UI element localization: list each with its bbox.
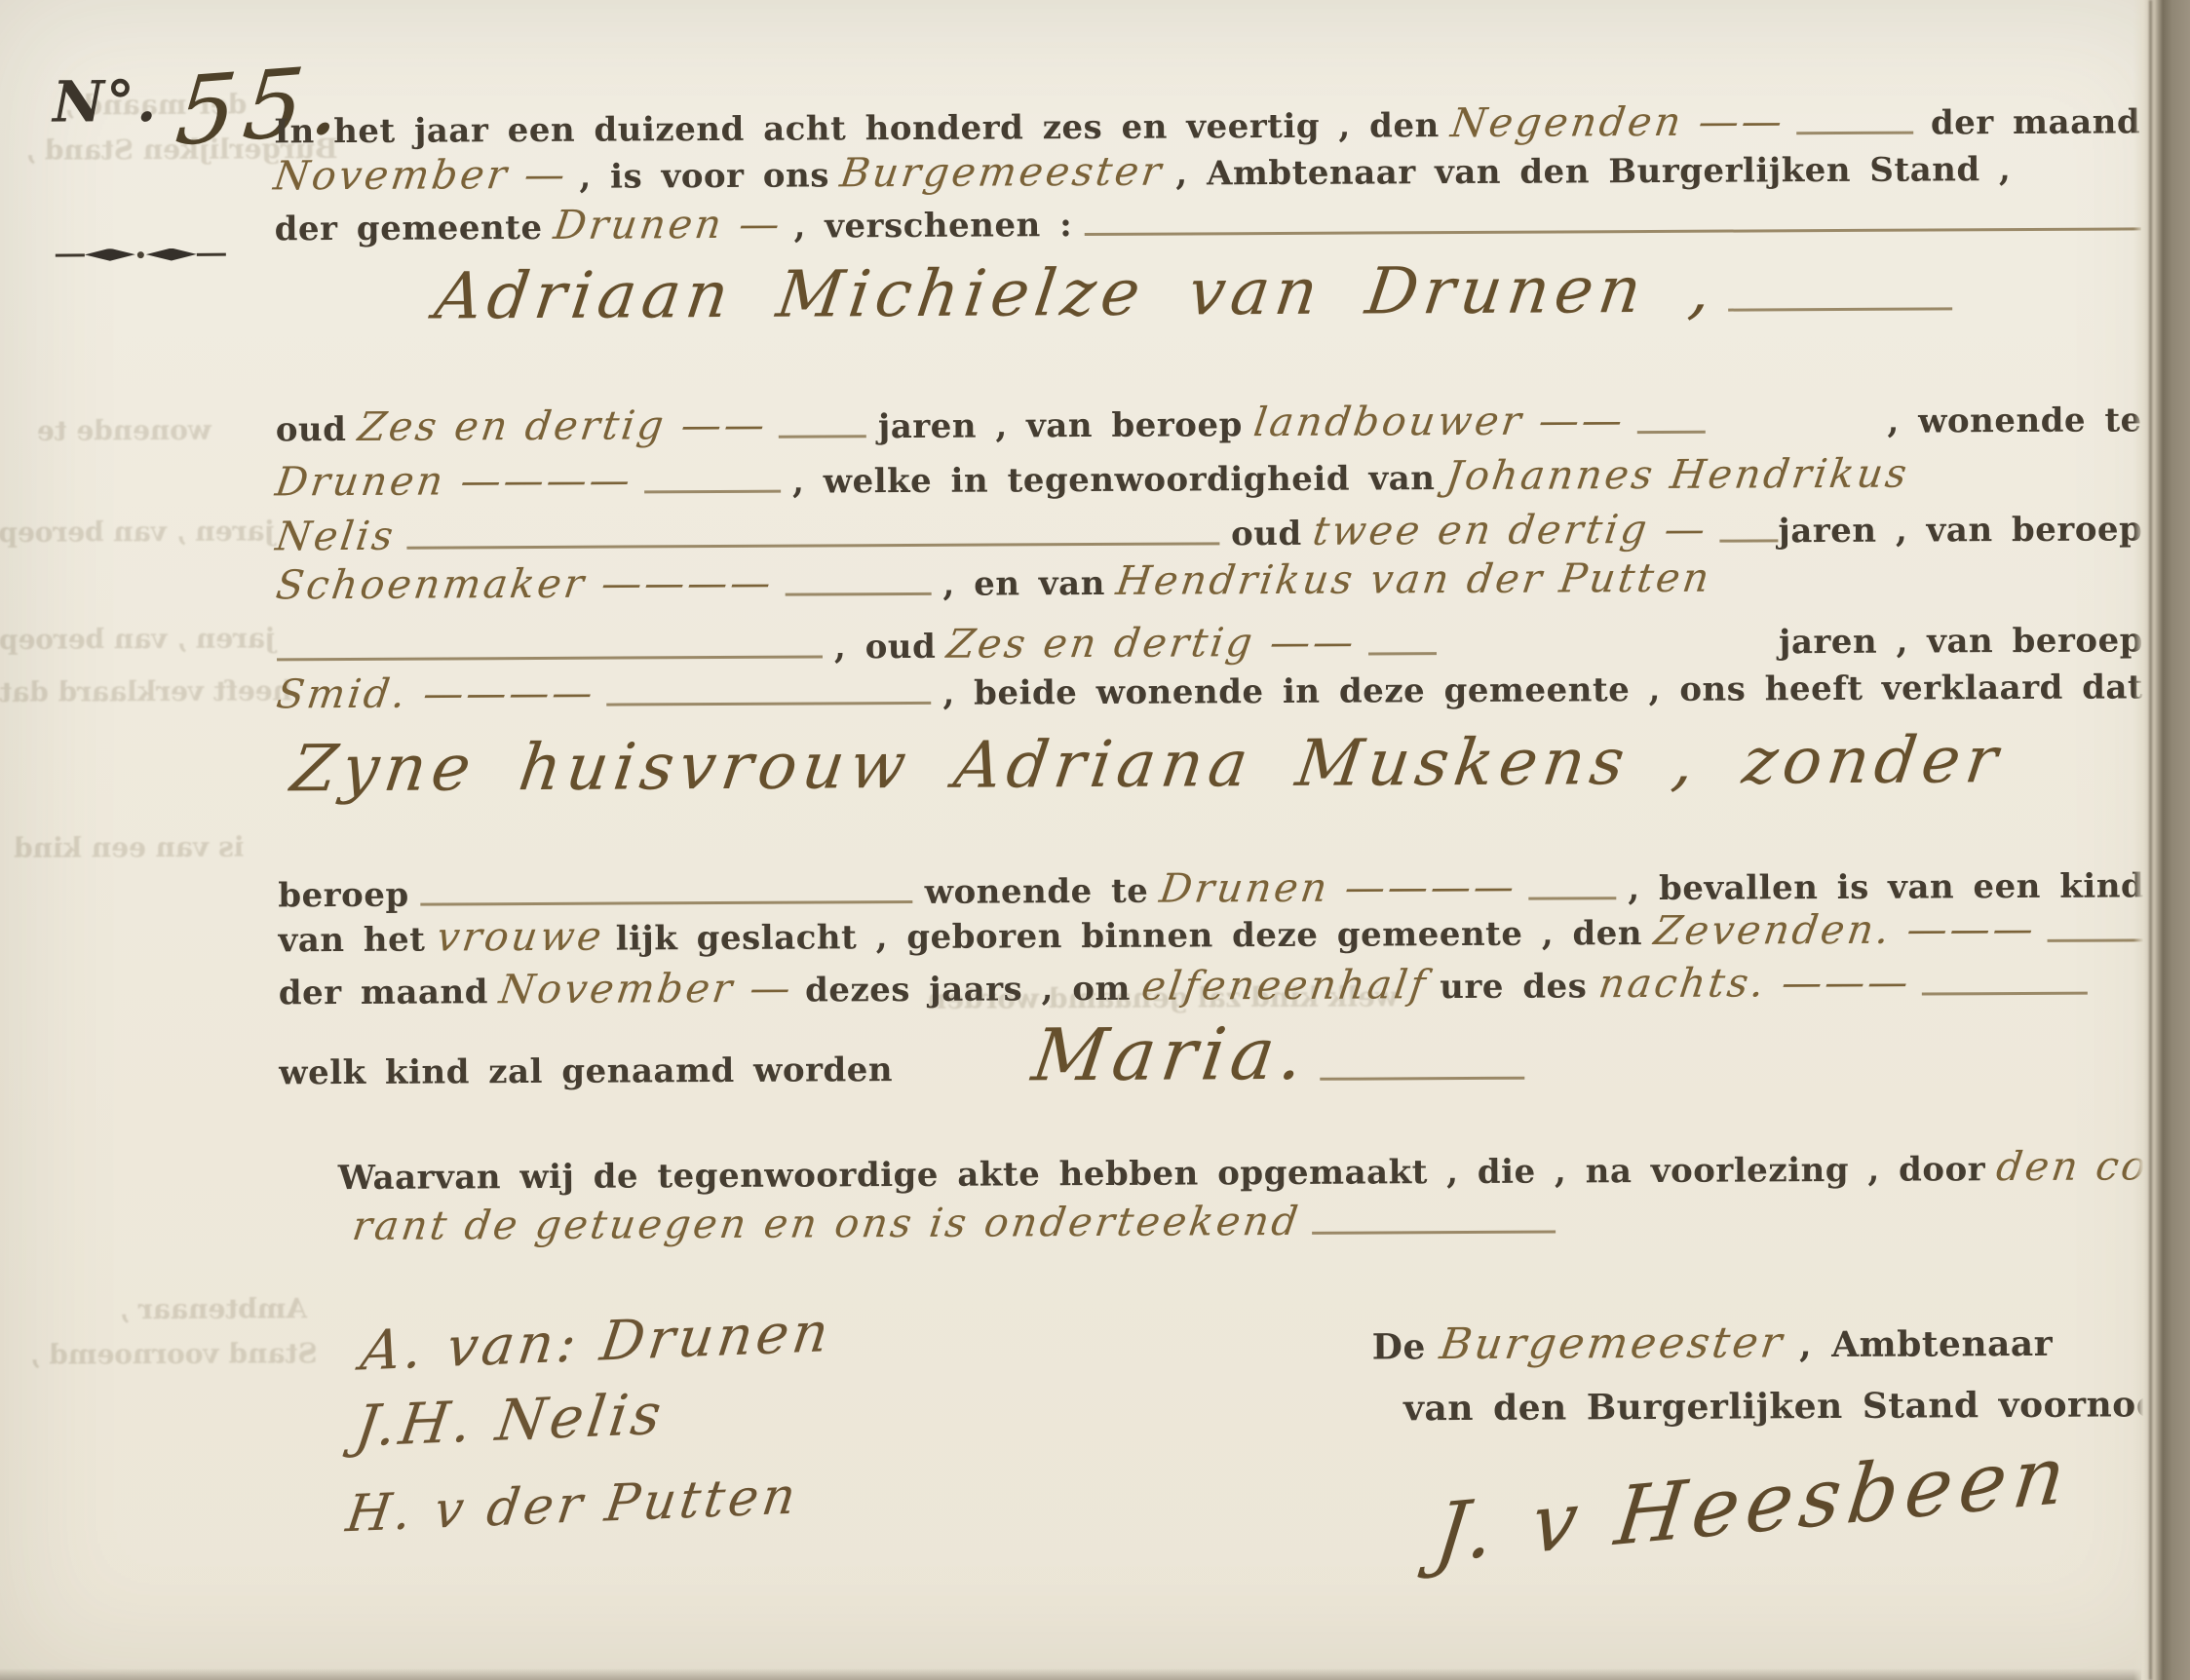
printed-text: welk kind zal genaamd worden: [279, 1050, 893, 1092]
witness-signature-1: A. van: Drunen: [357, 1301, 835, 1384]
page-right-edge: [2133, 0, 2190, 1680]
entry-birth-day: Zevenden. ———: [1651, 905, 2039, 954]
printed-text: Waarvan wij de tegenwoordige akte hebben…: [338, 1150, 1986, 1198]
entry-mother-name: Zyne huisvrouw Adriana Muskens , zonder: [287, 722, 2008, 806]
blank-rule: [607, 702, 932, 706]
bottom-shadow: [0, 1668, 2141, 1680]
printed-text: , beide wonende in deze gemeente , ons h…: [942, 668, 2143, 712]
blank-rule: [1312, 1231, 1556, 1235]
act-line: Nelis oud twee en dertig — jaren , van b…: [276, 503, 2142, 559]
blank-rule: [1922, 992, 2088, 996]
ghost-text: heeft verklaard dat: [0, 674, 292, 708]
entry-witness1-age: twee en dertig —: [1310, 506, 1710, 554]
entry-municipality: Drunen —: [551, 201, 785, 248]
scan-content: der maand , Burgerlijken Stand , wonende…: [0, 0, 2190, 1680]
act-line: welk kind zal genaamd worden Maria.: [279, 1008, 2145, 1101]
printed-text: , verschenen :: [793, 206, 1072, 246]
entry-witness2-age: Zes en dertig ——: [944, 619, 1360, 668]
witness-signature-3: H. v der Putten: [343, 1467, 803, 1544]
entry-witness2-occupation: Smid. ————: [274, 669, 598, 718]
ornament-line: [56, 253, 85, 256]
printed-text: jaren , van beroep: [1779, 621, 2143, 662]
entry-child-name: Maria.: [1027, 1012, 1314, 1098]
printed-text: oud: [276, 410, 347, 449]
entry-birth-month: November —: [497, 965, 797, 1013]
act-number-label: N°.: [53, 68, 159, 135]
act-line: November — , is voor ons Burgemeester , …: [274, 142, 2140, 199]
ghost-text: is van een kind: [14, 831, 245, 864]
entry-birth-municipality: Drunen ————: [1157, 863, 1519, 912]
blank-rule: [644, 490, 781, 494]
blank-rule: [2048, 938, 2145, 942]
blank-rule: [779, 435, 866, 438]
printed-text: oud: [1231, 515, 1302, 554]
entry-birth-hour: elfeneenhalf: [1139, 961, 1432, 1010]
entry-witness1-occupation: Schoenmaker ————: [273, 559, 776, 609]
printed-text: jaren , van beroep: [1778, 510, 2142, 551]
ornament-line: [197, 252, 226, 255]
printed-text: , bevallen is van een kind: [1628, 866, 2144, 908]
printed-text: , Ambtenaar: [1799, 1323, 2053, 1365]
printed-text: dezes jaars , om: [805, 970, 1131, 1011]
ghost-text: wonende te: [37, 414, 211, 447]
printed-text: In het jaar een duizend acht honderd zes…: [274, 106, 1440, 151]
closing-handwritten: rant de getuegen en ons is onderteekend: [350, 1198, 1304, 1249]
act-line: rant de getuegen en ons is onderteekend: [353, 1194, 2010, 1249]
spacer: [904, 1080, 1021, 1081]
printed-text: lijk geslacht , geboren binnen deze geme…: [616, 914, 1643, 959]
printed-text: , welke in tegenwoordigheid van: [792, 459, 1436, 501]
entry-official-title: Burgemeester: [838, 148, 1168, 197]
registrar-signature: J. v Heesbeen: [1430, 1428, 2077, 1581]
printed-text: van het: [278, 921, 425, 961]
entry-child-gender: vrouwe: [434, 913, 607, 961]
registrar-title-line2: van den Burgerlijken Stand voornoemd ,: [1403, 1384, 2190, 1430]
entry-witness2-name: Hendrikus van der Putten: [1114, 554, 1715, 604]
blank-rule: [1720, 539, 1779, 542]
entry-birth-time-of-day: nachts. ———: [1595, 959, 1913, 1008]
blank-rule: [407, 542, 1219, 549]
entry-witness1-name-part: Nelis: [273, 513, 399, 560]
entry-day: Negenden ——: [1447, 97, 1787, 146]
blank-rule: [1368, 652, 1437, 655]
blank-rule: [1084, 227, 2141, 236]
entry-witness1-name: Johannes Hendrikus: [1443, 450, 1912, 500]
printed-text: , wonende te: [1887, 401, 2141, 440]
blank-rule: [421, 900, 913, 906]
printed-text: De: [1372, 1326, 1426, 1367]
ghost-text: jaren , van beroep: [0, 515, 275, 548]
ghost-text: Stand voornoemd ,: [30, 1337, 318, 1371]
blank-rule: [277, 655, 823, 661]
blank-rule: [1796, 132, 1913, 135]
act-line: Drunen ———— , welke in tegenwoordigheid …: [276, 448, 2142, 505]
witness-signature-2: J.H. Nelis: [352, 1381, 670, 1460]
printed-text: , is voor ons: [579, 156, 829, 196]
birth-record-page: der maand , Burgerlijken Stand , wonende…: [0, 0, 2190, 1680]
entry-declarant-age: Zes en dertig ——: [355, 401, 770, 450]
entry-month: November —: [271, 151, 571, 200]
blank-rule: [1728, 307, 1952, 311]
ornament-spindle: [146, 248, 197, 260]
divider-ornament: [56, 247, 226, 263]
ghost-text: Ambtenaar ,: [119, 1292, 307, 1325]
registrar-title-line: De Burgemeester , Ambtenaar: [1372, 1317, 2054, 1370]
act-line: van het vrouwe lijk geslacht , geboren b…: [278, 904, 2144, 961]
printed-text: ure des: [1440, 967, 1587, 1007]
printed-text: wonende te: [925, 872, 1149, 912]
ornament-spindle: [85, 248, 135, 261]
printed-text: , Ambtenaar van den Burgerlijken Stand ,: [1175, 150, 2011, 193]
act-line: der maand November — dezes jaars , om el…: [279, 957, 2145, 1013]
ornament-dot: [137, 251, 144, 258]
act-line: Adriaan Michielze van Drunen ,: [436, 249, 2141, 333]
printed-text: van den Burgerlijken Stand voornoemd ,: [1403, 1384, 2190, 1430]
printed-text: , en van: [942, 564, 1105, 604]
blank-rule: [1528, 897, 1616, 899]
act-line: der gemeente Drunen — , verschenen :: [275, 193, 2141, 249]
printed-text: jaren , van beroep: [878, 405, 1243, 446]
blank-rule: [1321, 1077, 1525, 1081]
entry-declarant-name: Adriaan Michielze van Drunen ,: [431, 252, 1722, 334]
entry-registrar-title: Burgemeester: [1437, 1317, 1787, 1369]
act-line: Zyne huisvrouw Adriana Muskens , zonder: [291, 721, 2143, 806]
printed-text: der gemeente: [275, 209, 543, 248]
entry-declarant-residence: Drunen ————: [273, 456, 635, 505]
blank-rule: [1636, 431, 1705, 434]
blank-rule: [786, 592, 932, 596]
printed-text: , oud: [834, 628, 937, 668]
act-line: Smid. ———— , beide wonende in deze gemee…: [277, 661, 2143, 717]
ghost-text: jaren , van beroep: [0, 622, 275, 655]
act-line: Waarvan wij de tegenwoordige akte hebben…: [338, 1143, 2054, 1199]
printed-text: der maand: [279, 973, 488, 1012]
entry-declarant-occupation: landbouwer ——: [1251, 397, 1629, 445]
act-line: Schoenmaker ———— , en van Hendrikus van …: [276, 552, 2142, 608]
printed-text: der maand: [1931, 102, 2140, 142]
printed-text: beroep: [278, 876, 409, 916]
act-line: oud Zes en dertig —— jaren , van beroep …: [276, 394, 2142, 450]
